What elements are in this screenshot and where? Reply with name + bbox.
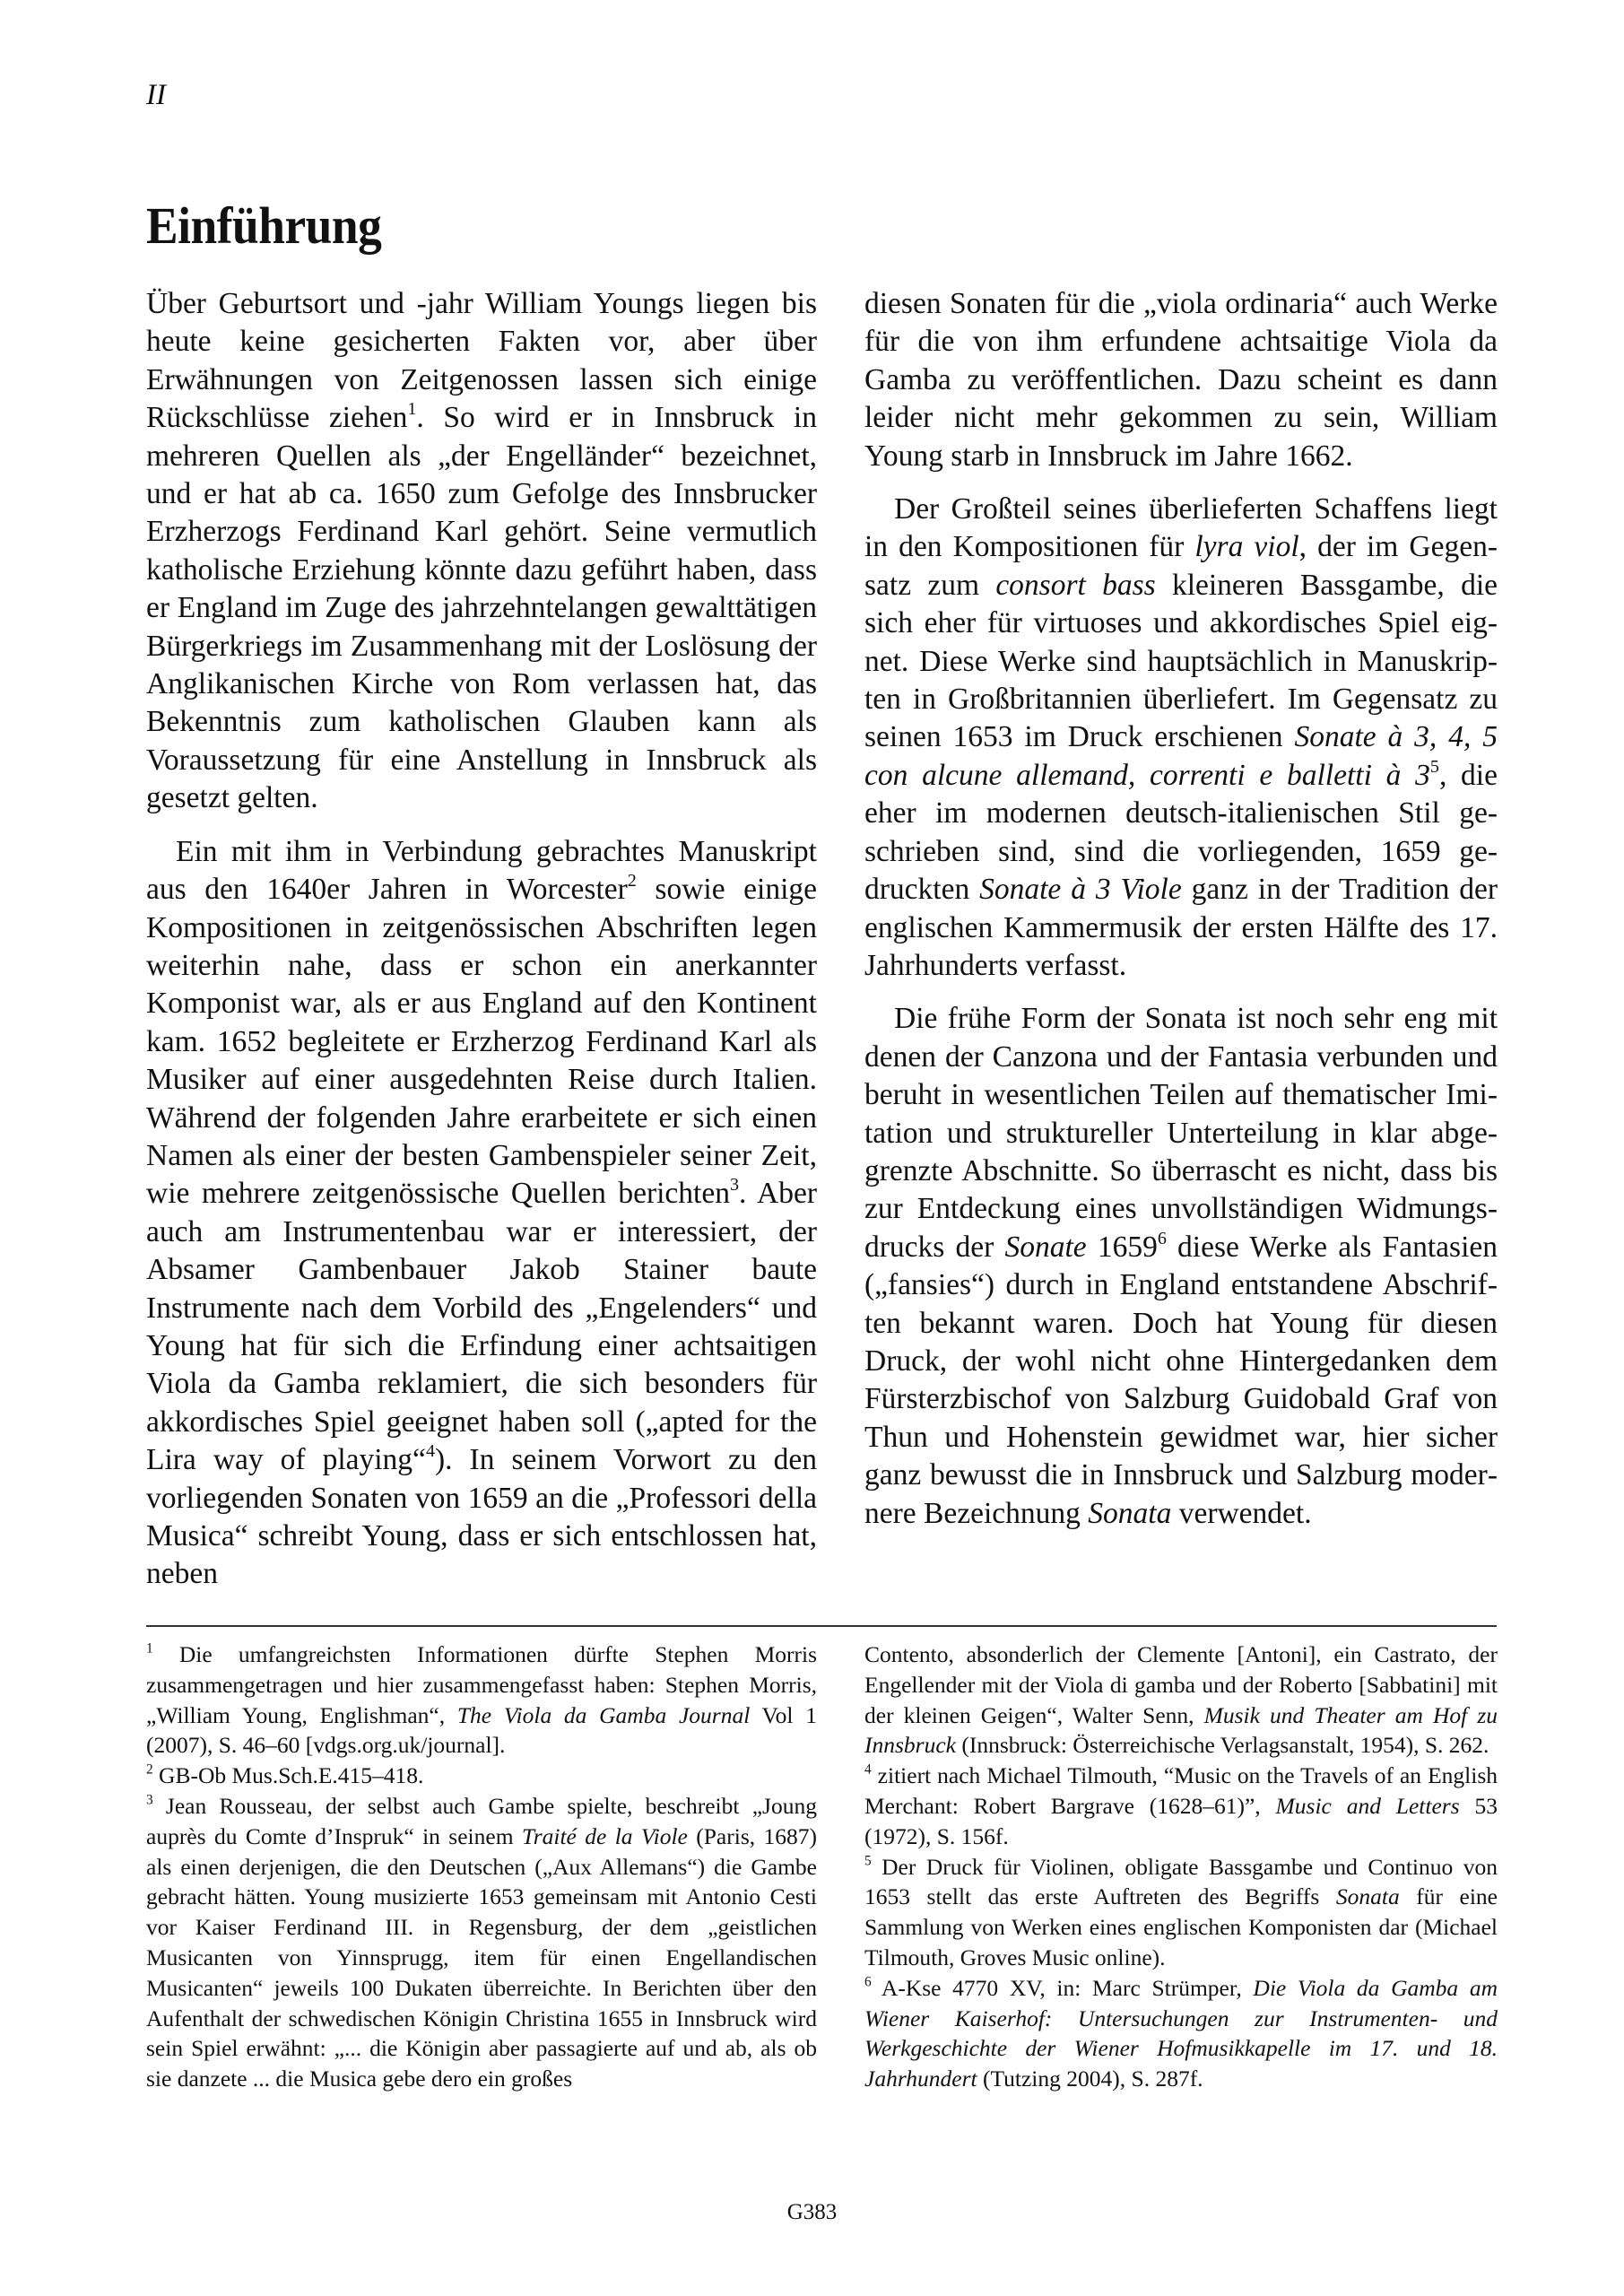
italic-text: Music and Letters	[1276, 1793, 1460, 1819]
italic-text: The Viola da Gamba Journal	[457, 1702, 750, 1728]
text-run: 1659	[1087, 1231, 1158, 1264]
footnote-number: 4	[864, 1761, 872, 1777]
footnote-reference: 3	[730, 1175, 739, 1195]
footnote-reference: 5	[1430, 757, 1439, 777]
text-run: (Innsbruck: Österreichische Ver­lagsanst…	[956, 1732, 1489, 1758]
body-column-left: Über Geburtsort und -jahr William Youngs…	[146, 285, 817, 1609]
text-run: A-Kse 4770 XV, in: Marc Strümper,	[872, 1975, 1254, 2001]
running-head-page-number: II	[146, 79, 166, 112]
body-paragraph: Über Geburtsort und -jahr William Youngs…	[146, 285, 817, 818]
footnote-number: 2	[146, 1761, 153, 1777]
footnote: 1 Die umfangreichsten Informationen dürf…	[146, 1639, 817, 1761]
italic-text: consort bass	[995, 569, 1155, 602]
footnotes-column-left: 1 Die umfangreichsten Informationen dürf…	[146, 1639, 817, 2094]
body-paragraph: diesen Sonaten für die „viola ordinaria“…	[864, 285, 1498, 475]
text-run: verwendet.	[1171, 1497, 1311, 1530]
text-run: sowie einige Kompositionen in zeitgenöss…	[146, 873, 817, 1210]
italic-text: Traité de la Vi­ole	[522, 1823, 688, 1849]
text-run: (Paris, 1687) als einen derjenigen, die …	[146, 1823, 817, 2092]
text-run: (Tutzing 2004), S. 287f.	[977, 2066, 1203, 2092]
italic-text: Sonate à 3 Viole	[979, 873, 1182, 906]
footnote: 3 Jean Rousseau, der selbst auch Gambe s…	[146, 1791, 817, 2094]
page-title: Einführung	[146, 196, 381, 256]
footnote: 4 zitiert nach Michael Tilmouth, “Music …	[864, 1761, 1498, 1851]
text-run: diesen Sonaten für die „viola ordinaria“…	[864, 287, 1498, 473]
folio-page-number: G383	[0, 2200, 1624, 2225]
footnote-number: 1	[146, 1640, 153, 1656]
footnote-number: 5	[864, 1853, 872, 1868]
footnote-reference: 1	[407, 399, 416, 419]
footnote: 2 GB-Ob Mus.Sch.E.415–418.	[146, 1761, 817, 1791]
body-paragraph: Ein mit ihm in Verbindung gebrachtes Man…	[146, 833, 817, 1594]
italic-text: Sonata	[1088, 1497, 1171, 1530]
text-run: GB-Ob Mus.Sch.E.415–418.	[153, 1762, 424, 1788]
italic-text: Sonate	[1004, 1231, 1086, 1264]
text-run: diese Werke als Fantasien („fansies“) du…	[864, 1231, 1498, 1530]
footnotes-column-right: Contento, absonderlich der Clemente [Ant…	[864, 1639, 1498, 2094]
footnote: Contento, absonderlich der Clemente [Ant…	[864, 1639, 1498, 1761]
text-run: Die frühe Form der Sonata ist noch sehr …	[864, 1002, 1498, 1263]
footnote-divider	[146, 1625, 1497, 1627]
footnote-number: 3	[146, 1792, 153, 1807]
text-run: . Aber auch am Instrumen­tenbau war er i…	[146, 1177, 817, 1476]
footnote-reference: 2	[628, 871, 637, 891]
text-run: . So wird er in Innsbruck in mehreren Qu…	[146, 401, 817, 814]
footnote-number: 6	[864, 1974, 872, 1989]
footnote-reference: 6	[1158, 1229, 1167, 1248]
body-paragraph: Die frühe Form der Sonata ist noch sehr …	[864, 1000, 1498, 1533]
footnote-reference: 4	[426, 1441, 435, 1461]
body-paragraph: Der Großteil seines überlieferten Schaff…	[864, 491, 1498, 985]
body-column-right: diesen Sonaten für die „viola ordinaria“…	[864, 285, 1498, 1548]
italic-text: lyra viol	[1194, 530, 1298, 563]
italic-text: Sonata	[1336, 1883, 1400, 1909]
footnote: 5 Der Druck für Violinen, obligate Bassg…	[864, 1852, 1498, 1973]
footnote: 6 A-Kse 4770 XV, in: Marc Strümper, Die …	[864, 1973, 1498, 2094]
